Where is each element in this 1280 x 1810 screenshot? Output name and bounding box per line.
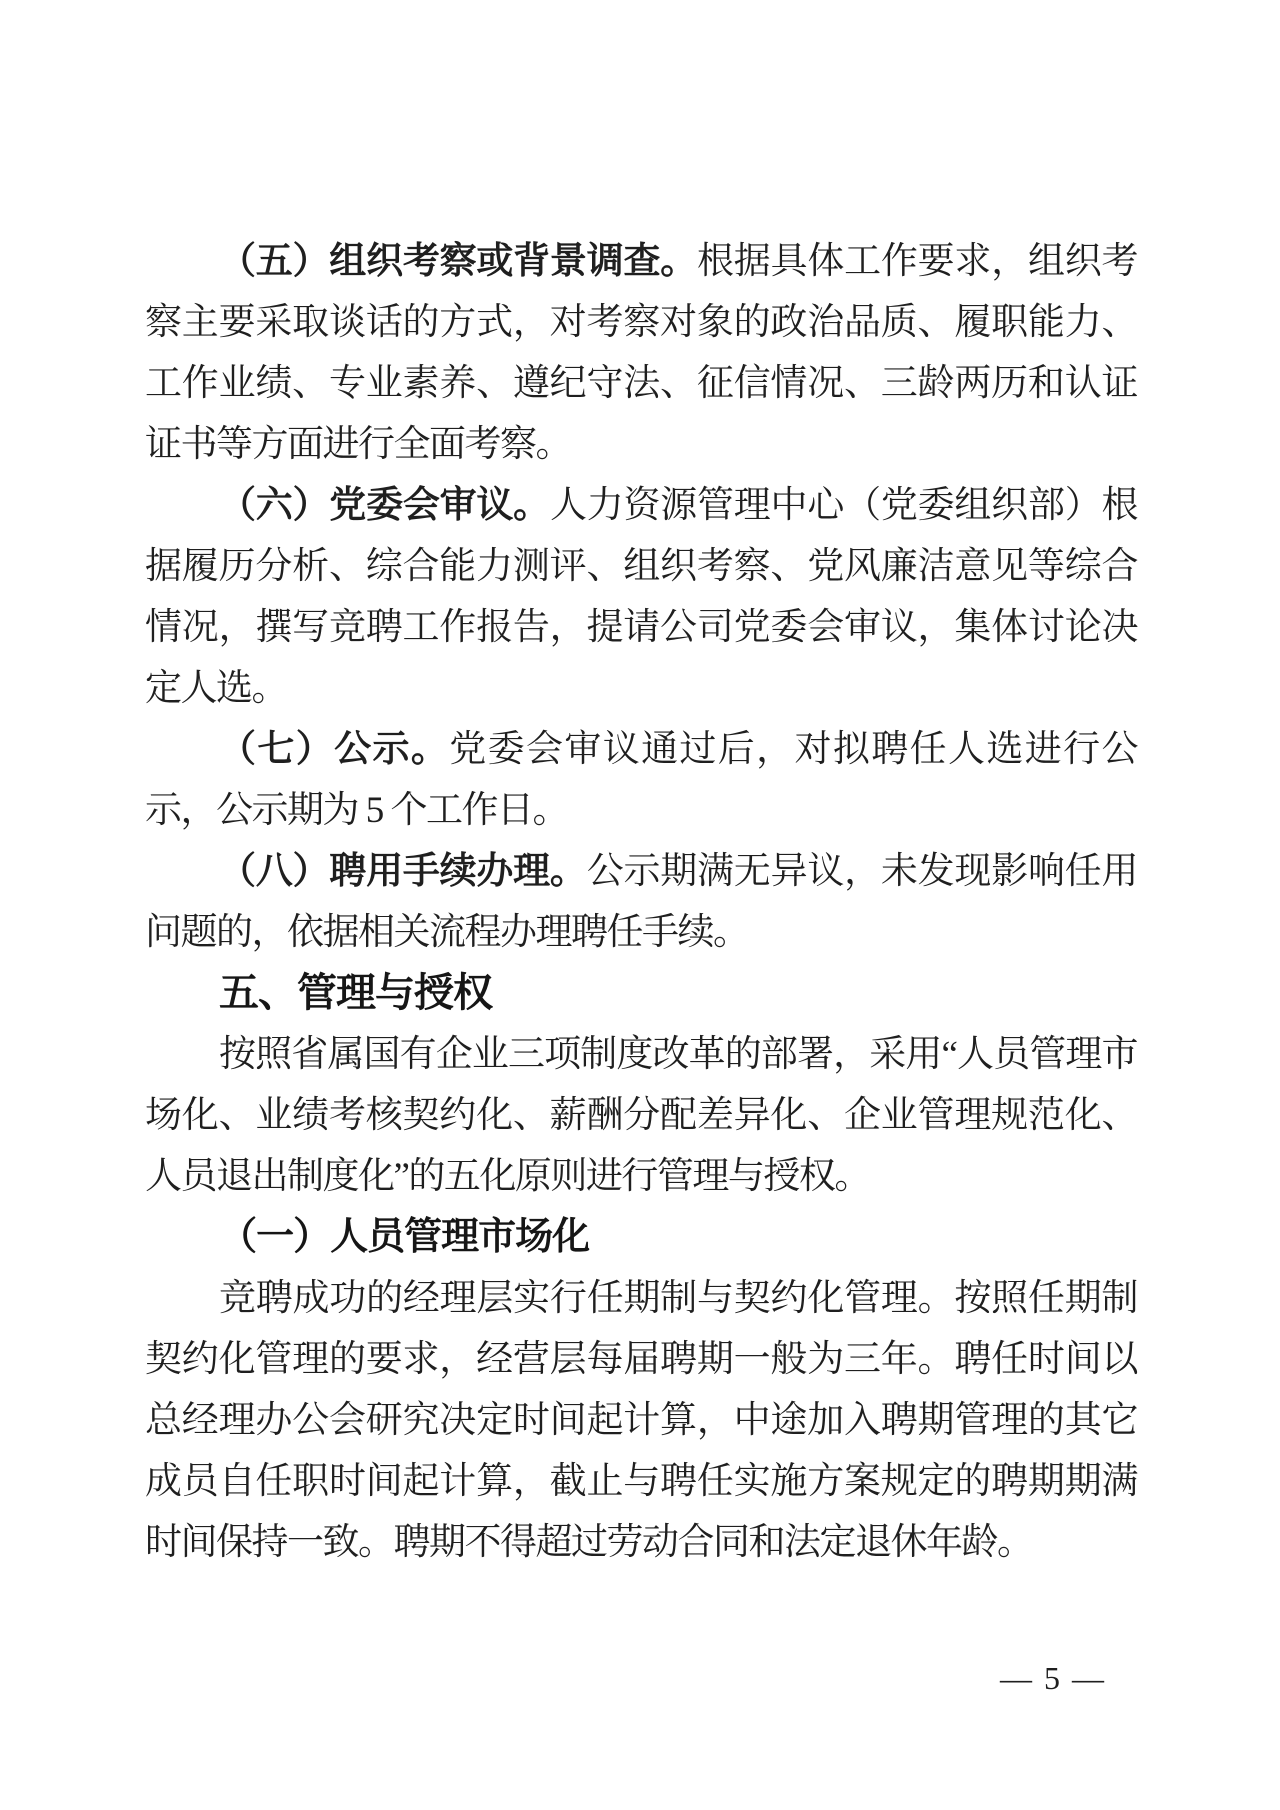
paragraph-text-tenure: 竞聘成功的经理层实行任期制与契约化管理。按照任期制契约化管理的要求，经营层每届聘… bbox=[145, 1278, 1137, 1563]
paragraph-hiring-procedures: （八）聘用手续办理。公示期满无异议，未发现影响任用问题的，依据相关流程办理聘任手… bbox=[145, 841, 1137, 963]
paragraph-lead-5: （五）组织考察或背景调查。 bbox=[219, 241, 697, 282]
paragraph-org-inspection: （五）组织考察或背景调查。根据具体工作要求，组织考察主要采取谈话的方式，对考察对… bbox=[145, 231, 1137, 475]
paragraph-lead-6: （六）党委会审议。 bbox=[219, 485, 550, 526]
paragraph-lead-8: （八）聘用手续办理。 bbox=[219, 851, 587, 892]
paragraph-lead-7: （七）公示。 bbox=[219, 729, 449, 770]
paragraph-party-committee-review: （六）党委会审议。人力资源管理中心（党委组织部）根据履历分析、综合能力测评、组织… bbox=[145, 475, 1137, 719]
section-heading-management-authorization: 五、管理与授权 bbox=[145, 963, 1137, 1024]
page-number: — 5 — bbox=[1000, 1660, 1106, 1697]
document-body: （五）组织考察或背景调查。根据具体工作要求，组织考察主要采取谈话的方式，对考察对… bbox=[145, 231, 1137, 1573]
paragraph-tenure-contract-management: 竞聘成功的经理层实行任期制与契约化管理。按照任期制契约化管理的要求，经营层每届聘… bbox=[145, 1268, 1137, 1573]
paragraph-public-notice: （七）公示。党委会审议通过后，对拟聘任人选进行公示，公示期为 5 个工作日。 bbox=[145, 719, 1137, 841]
paragraph-five-principles: 按照省属国有企业三项制度改革的部署，采用“人员管理市场化、业绩考核契约化、薪酬分… bbox=[145, 1024, 1137, 1207]
document-page: （五）组织考察或背景调查。根据具体工作要求，组织考察主要采取谈话的方式，对考察对… bbox=[0, 0, 1280, 1810]
subsection-heading-personnel-marketization: （一）人员管理市场化 bbox=[145, 1207, 1137, 1268]
paragraph-text-principles: 按照省属国有企业三项制度改革的部署，采用“人员管理市场化、业绩考核契约化、薪酬分… bbox=[145, 1034, 1137, 1197]
